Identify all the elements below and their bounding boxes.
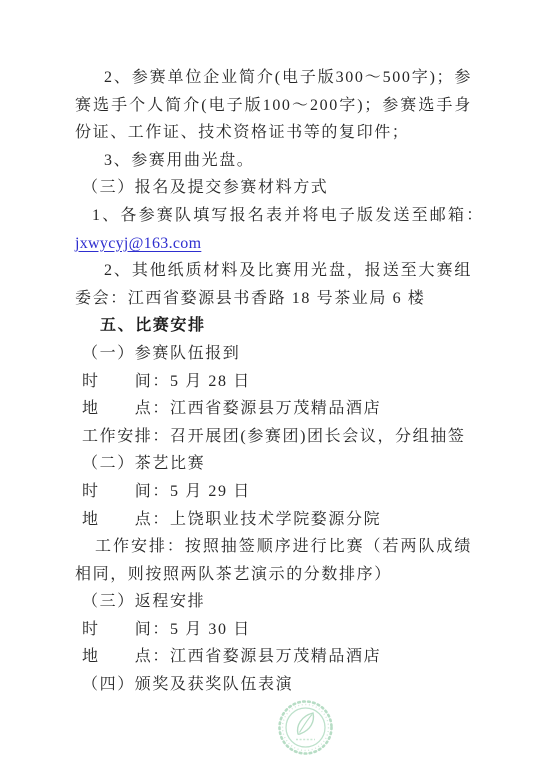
checkin-location-line: 地 点：江西省婺源县万茂精品酒店 xyxy=(75,395,472,423)
email-link[interactable]: jxwycyj@163.com xyxy=(75,235,201,252)
leaf-seal-watermark-icon xyxy=(277,699,334,756)
return-location-line: 地 点：江西省婺源县万茂精品酒店 xyxy=(75,643,472,671)
document-text-block: 2、参赛单位企业简介(电子版300～500字)；参赛选手个人简介(电子版100～… xyxy=(75,64,472,699)
para-materials-item2: 2、参赛单位企业简介(电子版300～500字)；参赛选手个人简介(电子版100～… xyxy=(75,64,472,147)
subheading-tea-art-competition: （二）茶艺比赛 xyxy=(75,450,472,478)
competition-work-line: 工作安排：按照抽签顺序进行比赛（若两队成绩相同，则按照两队茶艺演示的分数排序） xyxy=(75,533,472,588)
heading-competition-schedule: 五、比赛安排 xyxy=(75,312,472,340)
checkin-work-line: 工作安排：召开展团(参赛团)团长会议，分组抽签 xyxy=(75,423,472,451)
para-other-materials: 2、其他纸质材料及比赛用光盘，报送至大赛组委会：江西省婺源县书香路 18 号茶业… xyxy=(75,257,472,312)
subheading-return-schedule: （三）返程安排 xyxy=(75,588,472,616)
competition-location-line: 地 点：上饶职业技术学院婺源分院 xyxy=(75,506,472,534)
subheading-award-performance: （四）颁奖及获奖队伍表演 xyxy=(75,671,472,699)
return-time-line: 时 间：5 月 30 日 xyxy=(75,616,472,644)
para-materials-item3: 3、参赛用曲光盘。 xyxy=(75,147,472,175)
subheading-registration-method: （三）报名及提交参赛材料方式 xyxy=(75,174,472,202)
para-registration-form: 1、各参赛队填写报名表并将电子版发送至邮箱： xyxy=(75,202,472,230)
document-page: 2、参赛单位企业简介(电子版300～500字)；参赛选手个人简介(电子版100～… xyxy=(0,0,543,767)
subheading-team-checkin: （一）参赛队伍报到 xyxy=(75,340,472,368)
competition-time-line: 时 间：5 月 29 日 xyxy=(75,478,472,506)
checkin-time-line: 时 间：5 月 28 日 xyxy=(75,368,472,396)
